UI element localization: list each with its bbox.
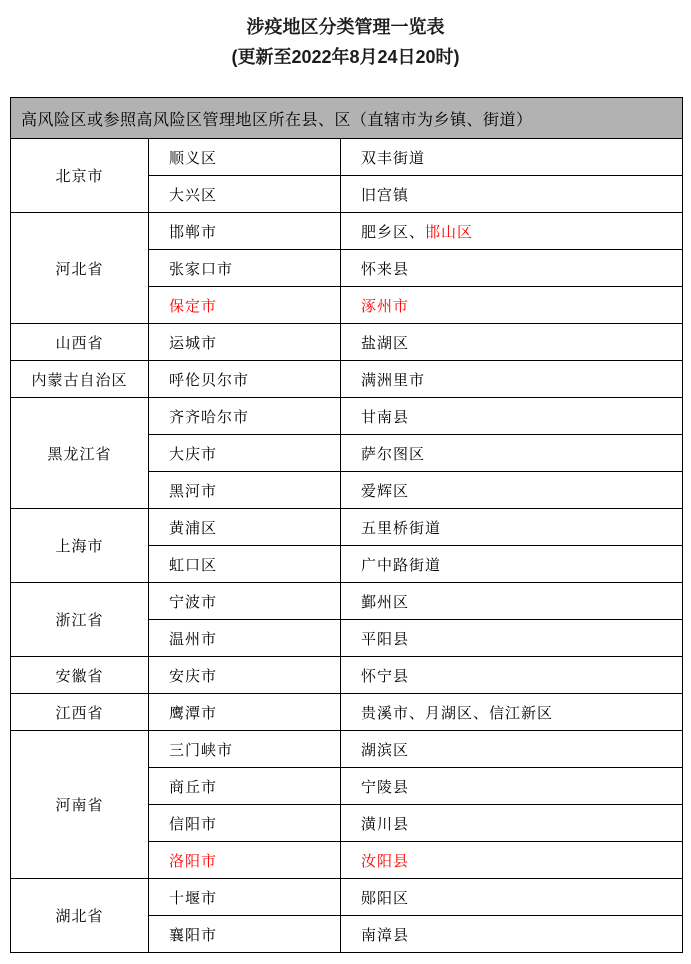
area-name: 信阳市 (169, 817, 217, 833)
district-cell: 盐湖区 (341, 324, 683, 361)
city-cell: 洛阳市 (149, 842, 341, 879)
area-name: 三门峡市 (169, 743, 233, 759)
table-row: 内蒙古自治区呼伦贝尔市满洲里市 (11, 361, 683, 398)
area-name: 河南省 (55, 798, 103, 814)
district-cell: 广中路街道 (341, 546, 683, 583)
city-cell: 大庆市 (149, 435, 341, 472)
city-cell: 鹰潭市 (149, 694, 341, 731)
page-subtitle: (更新至2022年8月24日20时) (0, 42, 691, 72)
area-name: 襄阳市 (169, 928, 217, 944)
district-cell: 鄞州区 (341, 583, 683, 620)
area-name: 广中路街道 (361, 558, 441, 574)
area-name: 双丰街道 (361, 151, 425, 167)
area-name: 安庆市 (169, 669, 217, 685)
page-title: 涉疫地区分类管理一览表 (0, 0, 691, 42)
district-cell: 湖滨区 (341, 731, 683, 768)
area-name: 邯郸市 (169, 225, 217, 241)
area-name: 运城市 (169, 336, 217, 352)
area-name: 江西省 (55, 706, 103, 722)
district-cell: 五里桥街道 (341, 509, 683, 546)
area-name: 五里桥街道 (361, 521, 441, 537)
area-name: 齐齐哈尔市 (169, 410, 249, 426)
area-name: 鄞州区 (361, 595, 409, 611)
table-header-label: 高风险区或参照高风险区管理地区所在县、区（直辖市为乡镇、街道） (11, 98, 683, 139)
area-name: 满洲里市 (361, 373, 425, 389)
area-name: 浙江省 (55, 613, 103, 629)
table-row: 北京市顺义区双丰街道 (11, 139, 683, 176)
city-cell: 顺义区 (149, 139, 341, 176)
district-cell: 郧阳区 (341, 879, 683, 916)
area-name: 张家口市 (169, 262, 233, 278)
city-cell: 信阳市 (149, 805, 341, 842)
table-row: 黑龙江省齐齐哈尔市甘南县 (11, 398, 683, 435)
district-cell: 怀来县 (341, 250, 683, 287)
district-cell: 肥乡区、邯山区 (341, 213, 683, 250)
district-cell: 贵溪市、月湖区、信江新区 (341, 694, 683, 731)
city-cell: 大兴区 (149, 176, 341, 213)
city-cell: 呼伦贝尔市 (149, 361, 341, 398)
city-cell: 商丘市 (149, 768, 341, 805)
area-name: 呼伦贝尔市 (169, 373, 249, 389)
table-header-row: 高风险区或参照高风险区管理地区所在县、区（直辖市为乡镇、街道） (11, 98, 683, 139)
city-cell: 虹口区 (149, 546, 341, 583)
district-cell: 潢川县 (341, 805, 683, 842)
table-row: 浙江省宁波市鄞州区 (11, 583, 683, 620)
table-row: 上海市黄浦区五里桥街道 (11, 509, 683, 546)
district-cell: 双丰街道 (341, 139, 683, 176)
area-name-red: 邯山区 (425, 225, 473, 241)
city-cell: 三门峡市 (149, 731, 341, 768)
city-cell: 安庆市 (149, 657, 341, 694)
district-cell: 涿州市 (341, 287, 683, 324)
area-name: 宁陵县 (361, 780, 409, 796)
area-name: 湖北省 (55, 909, 103, 925)
table-row: 山西省运城市盐湖区 (11, 324, 683, 361)
province-cell: 江西省 (11, 694, 149, 731)
city-cell: 保定市 (149, 287, 341, 324)
area-name: 十堰市 (169, 891, 217, 907)
city-cell: 黄浦区 (149, 509, 341, 546)
city-cell: 运城市 (149, 324, 341, 361)
area-name: 虹口区 (169, 558, 217, 574)
table-row: 安徽省安庆市怀宁县 (11, 657, 683, 694)
province-cell: 上海市 (11, 509, 149, 583)
district-cell: 爱辉区 (341, 472, 683, 509)
table-row: 河北省邯郸市肥乡区、邯山区 (11, 213, 683, 250)
province-cell: 黑龙江省 (11, 398, 149, 509)
district-cell: 萨尔图区 (341, 435, 683, 472)
table-row: 河南省三门峡市湖滨区 (11, 731, 683, 768)
city-cell: 邯郸市 (149, 213, 341, 250)
province-cell: 湖北省 (11, 879, 149, 953)
city-cell: 温州市 (149, 620, 341, 657)
area-name: 商丘市 (169, 780, 217, 796)
province-cell: 河北省 (11, 213, 149, 324)
area-name: 内蒙古自治区 (31, 373, 127, 389)
city-cell: 宁波市 (149, 583, 341, 620)
area-name: 黄浦区 (169, 521, 217, 537)
area-name: 平阳县 (361, 632, 409, 648)
area-name: 鹰潭市 (169, 706, 217, 722)
area-name: 萨尔图区 (361, 447, 425, 463)
area-name: 宁波市 (169, 595, 217, 611)
district-cell: 满洲里市 (341, 361, 683, 398)
area-name: 山西省 (55, 336, 103, 352)
district-cell: 平阳县 (341, 620, 683, 657)
city-cell: 张家口市 (149, 250, 341, 287)
area-name: 怀来县 (361, 262, 409, 278)
area-name: 潢川县 (361, 817, 409, 833)
city-cell: 襄阳市 (149, 916, 341, 953)
province-cell: 河南省 (11, 731, 149, 879)
province-cell: 安徽省 (11, 657, 149, 694)
area-name: 大庆市 (169, 447, 217, 463)
area-name: 贵溪市、月湖区、信江新区 (361, 706, 553, 722)
area-name-red: 汝阳县 (361, 854, 409, 870)
district-cell: 旧宫镇 (341, 176, 683, 213)
area-name: 安徽省 (55, 669, 103, 685)
risk-table-body: 北京市顺义区双丰街道大兴区旧宫镇河北省邯郸市肥乡区、邯山区张家口市怀来县保定市涿… (11, 139, 683, 953)
area-name: 河北省 (55, 262, 103, 278)
city-cell: 黑河市 (149, 472, 341, 509)
area-name: 黑龙江省 (47, 447, 111, 463)
table-row: 江西省鹰潭市贵溪市、月湖区、信江新区 (11, 694, 683, 731)
area-name: 温州市 (169, 632, 217, 648)
province-cell: 内蒙古自治区 (11, 361, 149, 398)
area-name: 盐湖区 (361, 336, 409, 352)
area-name-red: 洛阳市 (169, 854, 217, 870)
table-row: 湖北省十堰市郧阳区 (11, 879, 683, 916)
area-name: 旧宫镇 (361, 188, 409, 204)
province-cell: 山西省 (11, 324, 149, 361)
area-name: 顺义区 (169, 151, 217, 167)
area-name: 爱辉区 (361, 484, 409, 500)
area-name: 南漳县 (361, 928, 409, 944)
area-name-red: 涿州市 (361, 299, 409, 315)
area-name-red: 保定市 (169, 299, 217, 315)
risk-area-table: 高风险区或参照高风险区管理地区所在县、区（直辖市为乡镇、街道） 北京市顺义区双丰… (10, 97, 683, 953)
area-name: 湖滨区 (361, 743, 409, 759)
district-cell: 汝阳县 (341, 842, 683, 879)
district-cell: 宁陵县 (341, 768, 683, 805)
area-name: 怀宁县 (361, 669, 409, 685)
area-name: 大兴区 (169, 188, 217, 204)
area-name: 黑河市 (169, 484, 217, 500)
district-cell: 甘南县 (341, 398, 683, 435)
document-page: 涉疫地区分类管理一览表 (更新至2022年8月24日20时) 高风险区或参照高风… (0, 0, 691, 953)
area-name: 北京市 (55, 169, 103, 185)
area-name: 上海市 (55, 539, 103, 555)
area-name: 甘南县 (361, 410, 409, 426)
district-cell: 南漳县 (341, 916, 683, 953)
area-name: 郧阳区 (361, 891, 409, 907)
city-cell: 十堰市 (149, 879, 341, 916)
district-cell: 怀宁县 (341, 657, 683, 694)
area-name: 肥乡区、 (361, 225, 425, 241)
city-cell: 齐齐哈尔市 (149, 398, 341, 435)
province-cell: 浙江省 (11, 583, 149, 657)
province-cell: 北京市 (11, 139, 149, 213)
